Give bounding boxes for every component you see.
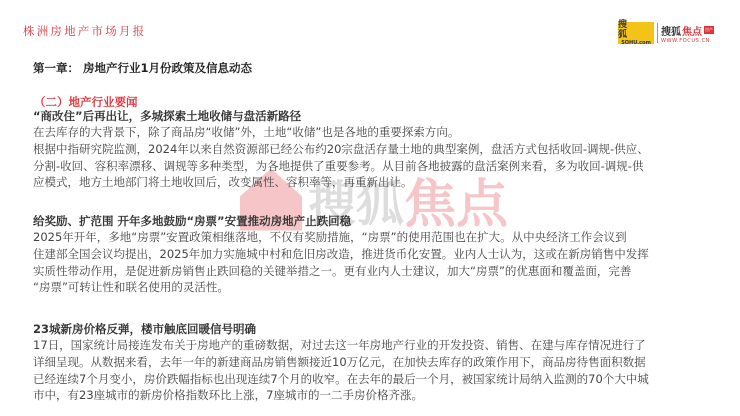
- focus-logo: 搜狐 焦点 房产 WWW.FOCUS.CN: [661, 23, 714, 44]
- focus-logo-sohu: 搜狐: [661, 23, 681, 38]
- article-line: 已经连续7个月变小，房价跌幅指标也出现连续7个月的收窄。在去年的最后一个月，被国…: [33, 371, 723, 388]
- article-line: 市中，有23座城市的新房价格指数环比上涨，7座城市的一二手房价格齐涨。: [33, 387, 723, 404]
- focus-logo-url: WWW.FOCUS.CN: [661, 38, 714, 44]
- news-article: 23城新房价格反弹，楼市触底回暖信号明确 17日，国家统计局接连发布关于房地产的…: [33, 321, 723, 404]
- article-headline: 给奖励、扩范围 开年多地鼓励“房票”安置推动房地产止跌回稳: [33, 213, 723, 229]
- brand-logos: 搜 狐 SOHU.com 搜狐 焦点 房产 WWW.FOCUS.CN: [618, 21, 714, 45]
- sohu-logo: 搜 狐 SOHU.com: [618, 22, 654, 44]
- article-body: 17日，国家统计局接连发布关于房地产的重磅数据，对过去这一年房地产行业的开发投资…: [33, 337, 723, 404]
- article-body: 在去库存的大背景下，除了商品房“收储”外，土地“收储”也是各地的重要探索方向。 …: [33, 124, 723, 191]
- article-line: 分割-收回、容积率漂移、调规等多种类型，为各地提供了重要参考。从目前各地披露的盘…: [33, 158, 723, 175]
- article-line: “房票”可转让性和联名使用的灵活性。: [33, 279, 723, 296]
- news-article: “商改住”后再出让，多城探索土地收储与盘活新路径 在去库存的大背景下，除了商品房…: [33, 108, 723, 191]
- article-line: 应模式，地方土地部门将土地收回后，改变属性、容积率等，再重新出让。: [33, 174, 723, 191]
- article-line: 实质性带动作用，是促进新房销售止跌回稳的关键举措之一。更有业内人士建议，加大“房…: [33, 263, 723, 280]
- article-line: 详细呈现。从数据来看，去年一年的新建商品房销售额接近10万亿元，在加快去库存的政…: [33, 354, 723, 371]
- article-line: 17日，国家统计局接连发布关于房地产的重磅数据，对过去这一年房地产行业的开发投资…: [33, 337, 723, 354]
- news-article: 给奖励、扩范围 开年多地鼓励“房票”安置推动房地产止跌回稳 2025年开年，多地…: [33, 213, 723, 296]
- header-title: 株洲房地产市场月报: [23, 23, 146, 39]
- article-line: 在去库存的大背景下，除了商品房“收储”外，土地“收储”也是各地的重要探索方向。: [33, 124, 723, 141]
- logo-divider: [657, 23, 658, 43]
- sohu-logo-text: 搜 狐: [618, 20, 654, 40]
- chapter-title: 第一章： 房地产行业1月份政策及信息动态: [33, 60, 252, 76]
- article-headline: 23城新房价格反弹，楼市触底回暖信号明确: [33, 321, 723, 337]
- article-body: 2025年开年，多地“房票”安置政策相继落地，不仅有奖励措施，“房票”的使用范围…: [33, 229, 723, 296]
- article-line: 2025年开年，多地“房票”安置政策相继落地，不仅有奖励措施，“房票”的使用范围…: [33, 229, 723, 246]
- article-line: 住建部全国会议均提出，2025年加力实施城中村和危旧房改造，推进货币化安置。业内…: [33, 246, 723, 263]
- sohu-logo-domain: SOHU.com: [621, 40, 651, 46]
- focus-logo-name: 焦点: [682, 23, 702, 38]
- article-line: 根据中指研究院监测，2024年以来自然资源部已经公布约20宗盘活存量土地的典型案…: [33, 141, 723, 158]
- article-headline: “商改住”后再出让，多城探索土地收储与盘活新路径: [33, 108, 723, 124]
- focus-logo-tag: 房产: [704, 26, 714, 34]
